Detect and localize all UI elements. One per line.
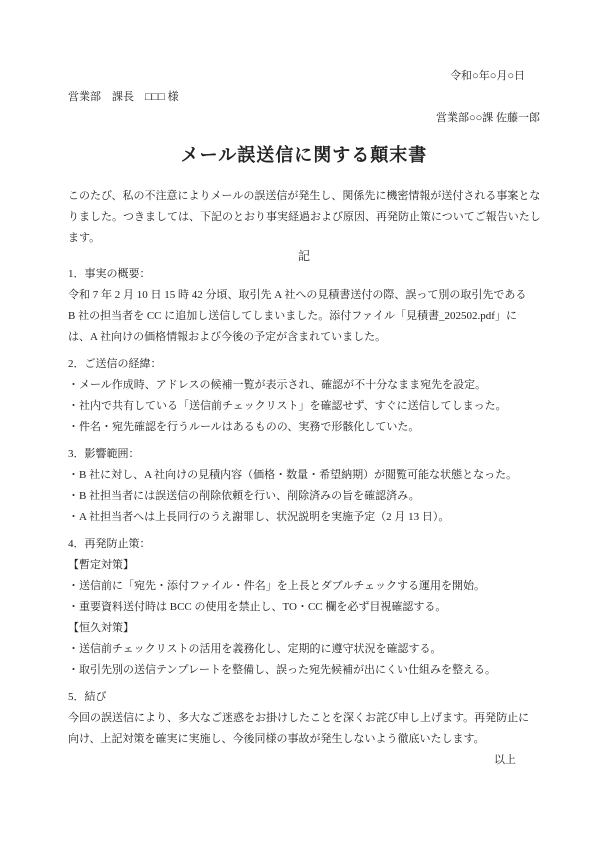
section-heading: 3．影響範囲： xyxy=(68,444,540,465)
section-line: B 社の担当者を CC に追加し送信してしまいました。添付ファイル「見積書_20… xyxy=(68,306,540,327)
section-heading: 4．再発防止策： xyxy=(68,534,540,555)
section-line: 向け、上記対策を確実に実施し、今後同様の事故が発生しないよう徹底いたします。 xyxy=(68,729,540,750)
bullet-line: ・メール作成時、アドレスの候補一覧が表示され、確認が不十分なまま宛先を設定。 xyxy=(68,375,540,396)
section-line: 今回の誤送信により、多大なご迷惑をお掛けしたことを深くお詫び申し上げます。再発防… xyxy=(68,708,540,729)
closing-marker: 以上 xyxy=(68,750,540,771)
bullet-line: ・重要資料送付時は BCC の使用を禁止し、TO・CC 欄を必ず目視確認する。 xyxy=(68,597,540,618)
section-line: 令和 7 年 2 月 10 日 15 時 42 分頃、取引先 A 社への見積書送… xyxy=(68,285,540,306)
bullet-line: ・B 社に対し、A 社向けの見積内容（価格・数量・希望納期）が閲覧可能な状態とな… xyxy=(68,465,540,486)
subheading-temporary-measures: 【暫定対策】 xyxy=(68,555,540,576)
document-page: 令和○年○月○日 営業部 課長 □□□ 様 営業部○○課 佐藤一郎 メール誤送信… xyxy=(0,0,595,842)
section-conclusion: 5．結び 今回の誤送信により、多大なご迷惑をお掛けしたことを深くお詫び申し上げま… xyxy=(68,687,540,750)
bullet-line: ・件名・宛先確認を行うルールはあるものの、実務で形骸化していた。 xyxy=(68,417,540,438)
section-incident-overview: 1．事実の概要： 令和 7 年 2 月 10 日 15 時 42 分頃、取引先 … xyxy=(68,264,540,348)
bullet-line: ・送信前チェックリストの活用を義務化し、定期的に遵守状況を確認する。 xyxy=(68,639,540,660)
date-line: 令和○年○月○日 xyxy=(68,66,540,87)
bullet-line: ・B 社担当者には誤送信の削除依頼を行い、削除済みの旨を確認済み。 xyxy=(68,486,540,507)
section-line: は、A 社向けの価格情報および今後の予定が含まれていました。 xyxy=(68,327,540,348)
intro-line: ます。 xyxy=(68,228,540,249)
bullet-line: ・送信前に「宛先・添付ファイル・件名」を上長とダブルチェックする運用を開始。 xyxy=(68,576,540,597)
intro-line: このたび、私の不注意によりメールの誤送信が発生し、関係先に機密情報が送付される事… xyxy=(68,186,540,207)
section-heading: 5．結び xyxy=(68,687,540,708)
document-title: メール誤送信に関する顛末書 xyxy=(68,141,540,169)
section-impact-scope: 3．影響範囲： ・B 社に対し、A 社向けの見積内容（価格・数量・希望納期）が閲… xyxy=(68,444,540,528)
section-heading: 1．事実の概要： xyxy=(68,264,540,285)
section-send-circumstances: 2．ご送信の経緯： ・メール作成時、アドレスの候補一覧が表示され、確認が不十分な… xyxy=(68,354,540,438)
intro-line: りました。つきましては、下記のとおり事実経過および原因、再発防止策についてご報告… xyxy=(68,207,540,228)
section-preventive-measures: 4．再発防止策： 【暫定対策】 ・送信前に「宛先・添付ファイル・件名」を上長とダ… xyxy=(68,534,540,681)
intro-paragraph: このたび、私の不注意によりメールの誤送信が発生し、関係先に機密情報が送付される事… xyxy=(68,186,540,249)
record-marker: 記 xyxy=(68,249,540,264)
bullet-line: ・社内で共有している「送信前チェックリスト」を確認せず、すぐに送信してしまった。 xyxy=(68,396,540,417)
subheading-permanent-measures: 【恒久対策】 xyxy=(68,618,540,639)
recipient-line: 営業部 課長 □□□ 様 xyxy=(68,87,540,108)
sender-line: 営業部○○課 佐藤一郎 xyxy=(68,108,540,129)
section-heading: 2．ご送信の経緯： xyxy=(68,354,540,375)
bullet-line: ・A 社担当者へは上長同行のうえ謝罪し、状況説明を実施予定（2 月 13 日）。 xyxy=(68,507,540,528)
bullet-line: ・取引先別の送信テンプレートを整備し、誤った宛先候補が出にくい仕組みを整える。 xyxy=(68,660,540,681)
